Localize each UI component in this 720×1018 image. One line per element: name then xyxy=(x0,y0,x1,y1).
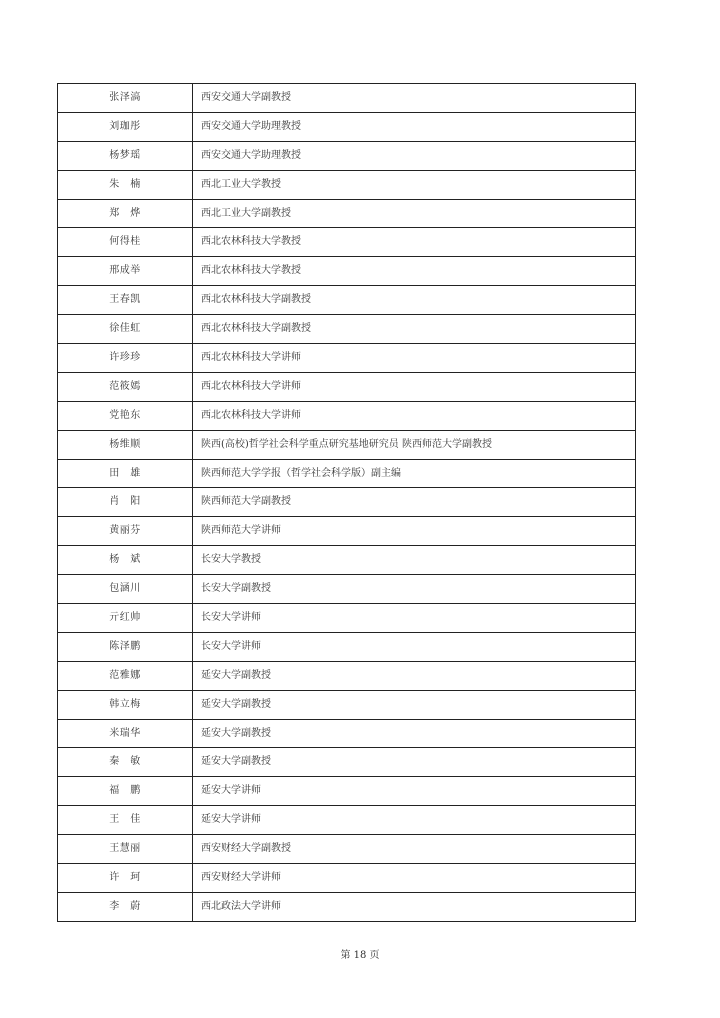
table-row: 许 珂西安财经大学讲师 xyxy=(58,864,636,893)
table-row: 许珍珍西北农林科技大学讲师 xyxy=(58,344,636,373)
document-page: 张泽滈西安交通大学副教授刘珈彤西安交通大学助理教授杨梦瑶西安交通大学助理教授朱 … xyxy=(0,0,720,1018)
member-name: 王 佳 xyxy=(58,806,193,835)
member-name: 王慧丽 xyxy=(58,835,193,864)
table-row: 郑 烨西北工业大学副教授 xyxy=(58,199,636,228)
member-affiliation: 西北农林科技大学讲师 xyxy=(193,401,636,430)
member-name: 黄丽芬 xyxy=(58,517,193,546)
member-affiliation: 西北农林科技大学讲师 xyxy=(193,372,636,401)
member-name: 刘珈彤 xyxy=(58,112,193,141)
table-row: 邢成举西北农林科技大学教授 xyxy=(58,257,636,286)
member-affiliation: 延安大学副教授 xyxy=(193,719,636,748)
member-affiliation: 延安大学副教授 xyxy=(193,690,636,719)
table-row: 陈泽鹏长安大学讲师 xyxy=(58,632,636,661)
member-affiliation: 延安大学讲师 xyxy=(193,777,636,806)
table-row: 杨维顺陕西(高校)哲学社会科学重点研究基地研究员 陕西师范大学副教授 xyxy=(58,430,636,459)
member-name: 张泽滈 xyxy=(58,84,193,113)
member-name: 杨梦瑶 xyxy=(58,141,193,170)
member-affiliation: 西北农林科技大学副教授 xyxy=(193,286,636,315)
member-affiliation: 陕西师范大学讲师 xyxy=(193,517,636,546)
member-affiliation: 长安大学讲师 xyxy=(193,604,636,633)
table-row: 党艳东西北农林科技大学讲师 xyxy=(58,401,636,430)
member-name: 邢成举 xyxy=(58,257,193,286)
member-name: 王春凯 xyxy=(58,286,193,315)
member-name: 福 鹏 xyxy=(58,777,193,806)
member-name: 范雅娜 xyxy=(58,661,193,690)
member-affiliation: 西北农林科技大学讲师 xyxy=(193,344,636,373)
member-affiliation: 陕西(高校)哲学社会科学重点研究基地研究员 陕西师范大学副教授 xyxy=(193,430,636,459)
member-name: 杨维顺 xyxy=(58,430,193,459)
table-row: 肖 阳陕西师范大学副教授 xyxy=(58,488,636,517)
member-affiliation: 长安大学教授 xyxy=(193,546,636,575)
member-name: 郑 烨 xyxy=(58,199,193,228)
table-row: 范筱嫣西北农林科技大学讲师 xyxy=(58,372,636,401)
member-name: 肖 阳 xyxy=(58,488,193,517)
table-row: 黄丽芬陕西师范大学讲师 xyxy=(58,517,636,546)
member-affiliation: 西安财经大学副教授 xyxy=(193,835,636,864)
table-row: 张泽滈西安交通大学副教授 xyxy=(58,84,636,113)
table-row: 李 蔚西北政法大学讲师 xyxy=(58,892,636,921)
member-affiliation: 西安财经大学讲师 xyxy=(193,864,636,893)
member-affiliation: 西安交通大学副教授 xyxy=(193,84,636,113)
member-table: 张泽滈西安交通大学副教授刘珈彤西安交通大学助理教授杨梦瑶西安交通大学助理教授朱 … xyxy=(57,83,636,922)
member-affiliation: 西北农林科技大学教授 xyxy=(193,228,636,257)
member-name: 许 珂 xyxy=(58,864,193,893)
table-row: 徐佳虹西北农林科技大学副教授 xyxy=(58,315,636,344)
member-affiliation: 延安大学副教授 xyxy=(193,748,636,777)
table-row: 杨 斌长安大学教授 xyxy=(58,546,636,575)
table-row: 福 鹏延安大学讲师 xyxy=(58,777,636,806)
table-row: 杨梦瑶西安交通大学助理教授 xyxy=(58,141,636,170)
table-row: 何得桂西北农林科技大学教授 xyxy=(58,228,636,257)
table-row: 亓红帅长安大学讲师 xyxy=(58,604,636,633)
member-affiliation: 延安大学副教授 xyxy=(193,661,636,690)
member-name: 田 雄 xyxy=(58,459,193,488)
member-affiliation: 西北工业大学教授 xyxy=(193,170,636,199)
member-affiliation: 陕西师范大学副教授 xyxy=(193,488,636,517)
member-affiliation: 西北政法大学讲师 xyxy=(193,892,636,921)
member-affiliation: 西北农林科技大学副教授 xyxy=(193,315,636,344)
table-row: 米瑞华延安大学副教授 xyxy=(58,719,636,748)
member-name: 韩立梅 xyxy=(58,690,193,719)
member-affiliation: 陕西师范大学学报（哲学社会科学版）副主编 xyxy=(193,459,636,488)
table-row: 韩立梅延安大学副教授 xyxy=(58,690,636,719)
member-name: 李 蔚 xyxy=(58,892,193,921)
table-row: 刘珈彤西安交通大学助理教授 xyxy=(58,112,636,141)
member-name: 陈泽鹏 xyxy=(58,632,193,661)
table-row: 田 雄陕西师范大学学报（哲学社会科学版）副主编 xyxy=(58,459,636,488)
member-name: 党艳东 xyxy=(58,401,193,430)
member-affiliation: 长安大学副教授 xyxy=(193,575,636,604)
member-name: 范筱嫣 xyxy=(58,372,193,401)
member-name: 徐佳虹 xyxy=(58,315,193,344)
table-row: 范雅娜延安大学副教授 xyxy=(58,661,636,690)
member-name: 杨 斌 xyxy=(58,546,193,575)
member-name: 何得桂 xyxy=(58,228,193,257)
table-row: 包涵川长安大学副教授 xyxy=(58,575,636,604)
member-name: 包涵川 xyxy=(58,575,193,604)
member-table-body: 张泽滈西安交通大学副教授刘珈彤西安交通大学助理教授杨梦瑶西安交通大学助理教授朱 … xyxy=(58,84,636,922)
table-row: 王春凯西北农林科技大学副教授 xyxy=(58,286,636,315)
table-row: 朱 楠西北工业大学教授 xyxy=(58,170,636,199)
member-name: 朱 楠 xyxy=(58,170,193,199)
member-affiliation: 长安大学讲师 xyxy=(193,632,636,661)
member-affiliation: 延安大学讲师 xyxy=(193,806,636,835)
member-name: 米瑞华 xyxy=(58,719,193,748)
member-name: 秦 敏 xyxy=(58,748,193,777)
member-affiliation: 西北工业大学副教授 xyxy=(193,199,636,228)
table-row: 秦 敏延安大学副教授 xyxy=(58,748,636,777)
member-name: 亓红帅 xyxy=(58,604,193,633)
member-affiliation: 西安交通大学助理教授 xyxy=(193,141,636,170)
member-name: 许珍珍 xyxy=(58,344,193,373)
member-affiliation: 西安交通大学助理教授 xyxy=(193,112,636,141)
table-row: 王 佳延安大学讲师 xyxy=(58,806,636,835)
table-row: 王慧丽西安财经大学副教授 xyxy=(58,835,636,864)
member-affiliation: 西北农林科技大学教授 xyxy=(193,257,636,286)
page-number: 第 18 页 xyxy=(0,946,720,961)
